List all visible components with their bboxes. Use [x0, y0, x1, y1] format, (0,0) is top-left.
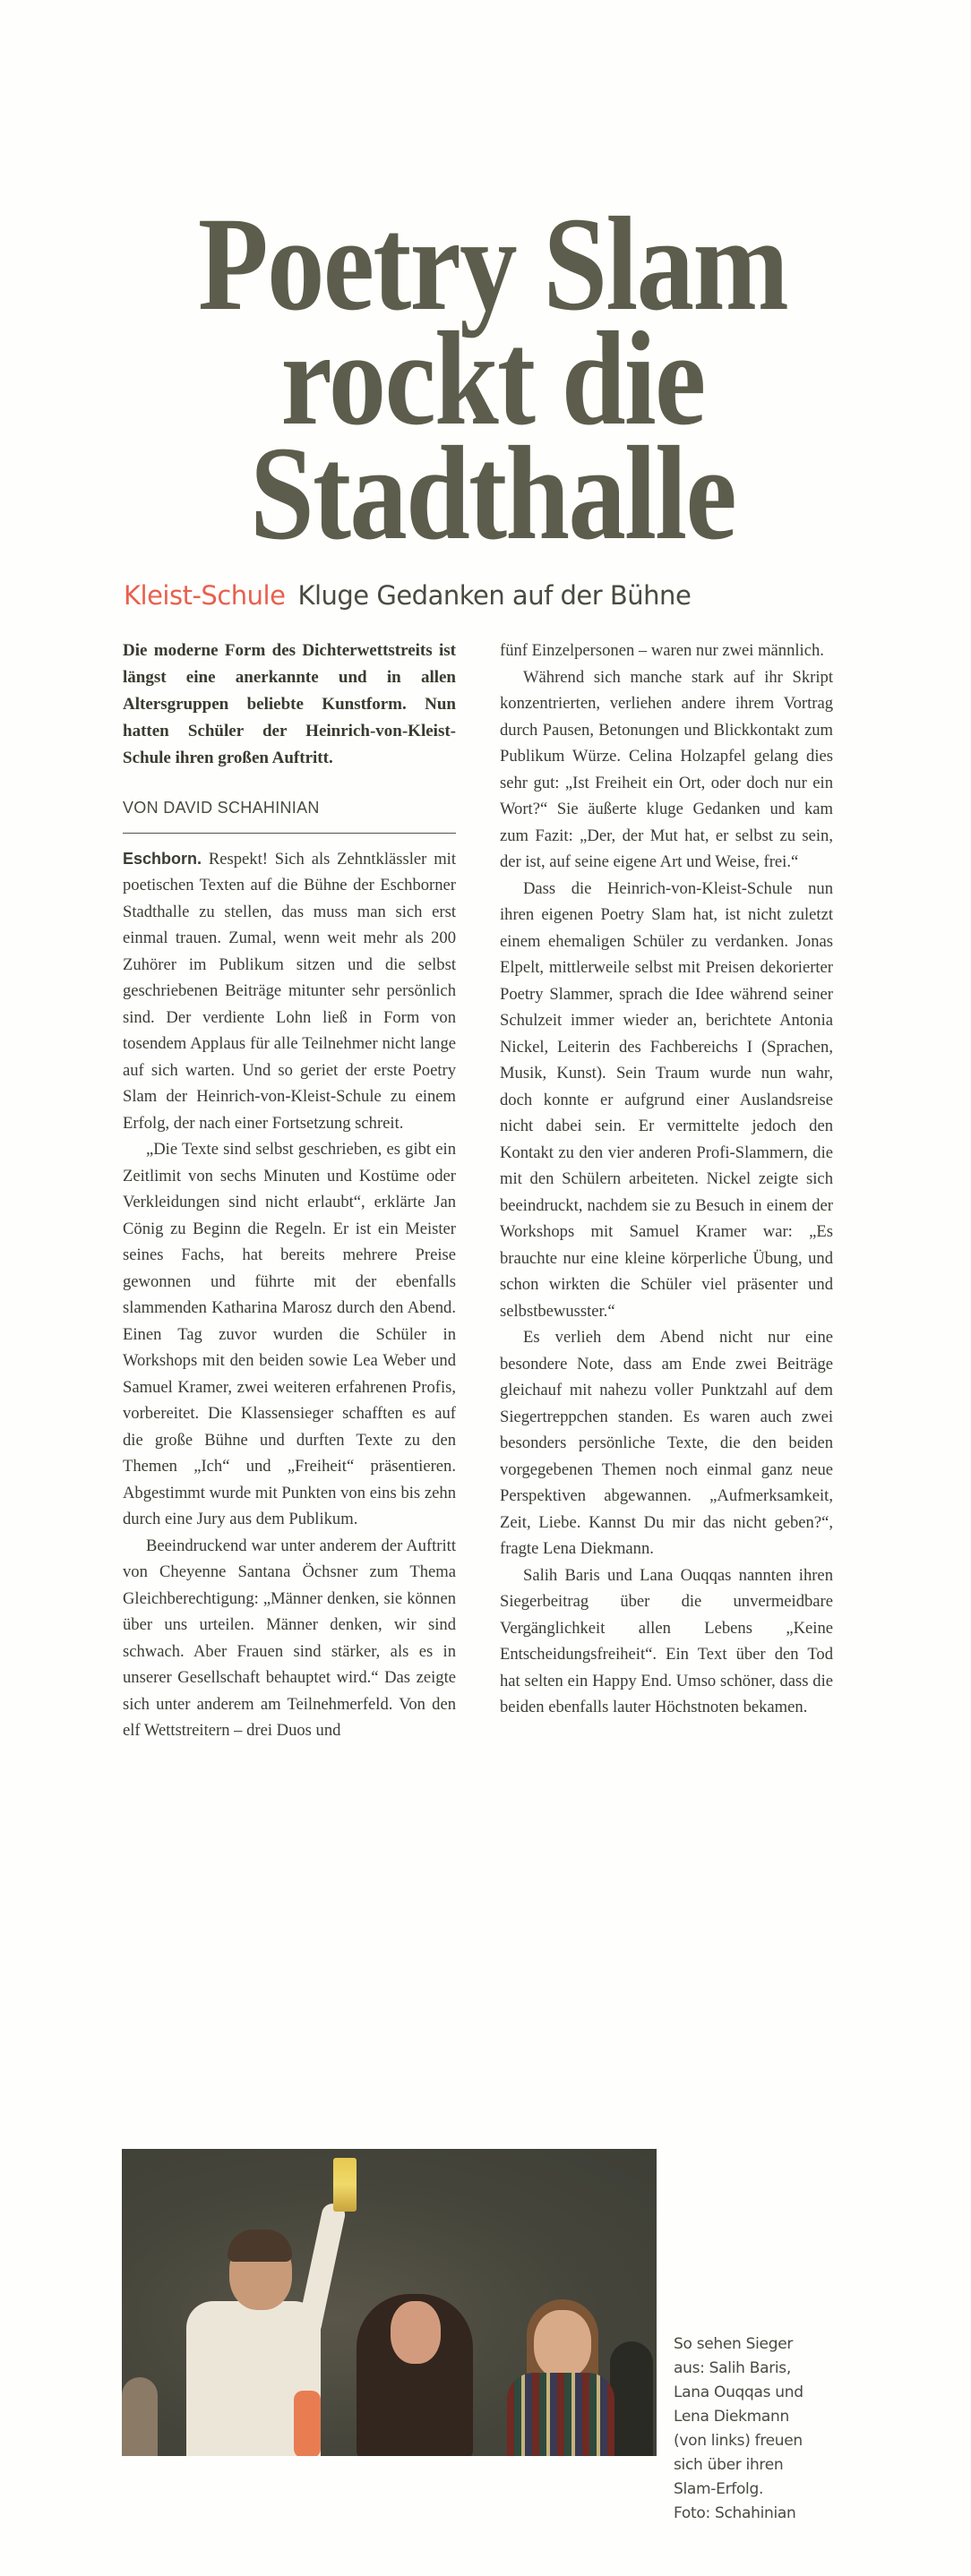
lead-paragraph: Die moderne Form des Dichterwettstreits …	[123, 638, 456, 772]
trophy-icon	[333, 2158, 357, 2212]
caption-line: (von links) freuen	[674, 2429, 853, 2453]
body-paragraph-1-text: Respekt! Sich als Zehntklässler mit poet…	[123, 850, 456, 1133]
body-paragraph-2: „Die Texte sind selbst geschrieben, es g…	[123, 1136, 456, 1533]
newspaper-page: Poetry Slam rockt die Stadthalle Kleist-…	[0, 0, 971, 2576]
body-paragraph-6: Dass die Heinrich-von-Kleist-Schule nun …	[500, 876, 833, 1325]
byline: VON DAVID SCHAHINIAN	[123, 795, 456, 834]
photo-figure-background-right	[610, 2341, 653, 2456]
body-paragraph-3: Beeindruckend war unter anderem der Auft…	[123, 1533, 456, 1744]
photo-figure-girl-head	[534, 2310, 591, 2378]
caption-line: Lena Diekmann	[674, 2405, 853, 2429]
dateline: Eschborn.	[123, 850, 202, 868]
photo-caption: So sehen Sieger aus: Salih Baris, Lana O…	[674, 2332, 853, 2526]
kicker-topic: Kleist-Schule	[124, 580, 285, 611]
photo-figure-girl	[507, 2373, 614, 2456]
body-paragraph-1: Eschborn. Respekt! Sich als Zehntklässle…	[123, 846, 456, 1137]
kicker: Kleist-SchuleKluge Gedanken auf der Bühn…	[124, 580, 876, 611]
photo-figure-orange-accent	[294, 2391, 321, 2456]
article-photo	[122, 2149, 657, 2456]
photo-figure-man-hair	[228, 2229, 292, 2262]
photo-figure-woman-face	[391, 2301, 441, 2364]
headline-line-3: Stadthalle	[161, 436, 824, 551]
caption-line: Lana Ouqqas und	[674, 2381, 853, 2405]
photo-figure-background-left	[122, 2377, 158, 2456]
kicker-subtitle: Kluge Gedanken auf der Bühne	[297, 580, 691, 611]
body-paragraph-7: Es verlieh dem Abend nicht nur eine beso…	[500, 1324, 833, 1562]
caption-credit: Foto: Schahinian	[674, 2502, 853, 2526]
caption-line: Slam-Erfolg.	[674, 2478, 853, 2502]
caption-line: So sehen Sieger	[674, 2332, 853, 2357]
caption-line: sich über ihren	[674, 2453, 853, 2478]
caption-line: aus: Salih Baris,	[674, 2357, 853, 2381]
body-paragraph-8: Salih Baris und Lana Ouqqas nannten ihre…	[500, 1562, 833, 1721]
article-column-left: Die moderne Form des Dichterwettstreits …	[123, 638, 456, 1744]
headline: Poetry Slam rockt die Stadthalle	[161, 207, 824, 551]
body-paragraph-5: Während sich manche stark auf ihr Skript…	[500, 664, 833, 876]
photo-figure-man-arm	[296, 2202, 348, 2338]
body-paragraph-4: fünf Einzelpersonen – waren nur zwei män…	[500, 638, 833, 664]
article-column-right: fünf Einzelpersonen – waren nur zwei män…	[500, 638, 833, 1721]
